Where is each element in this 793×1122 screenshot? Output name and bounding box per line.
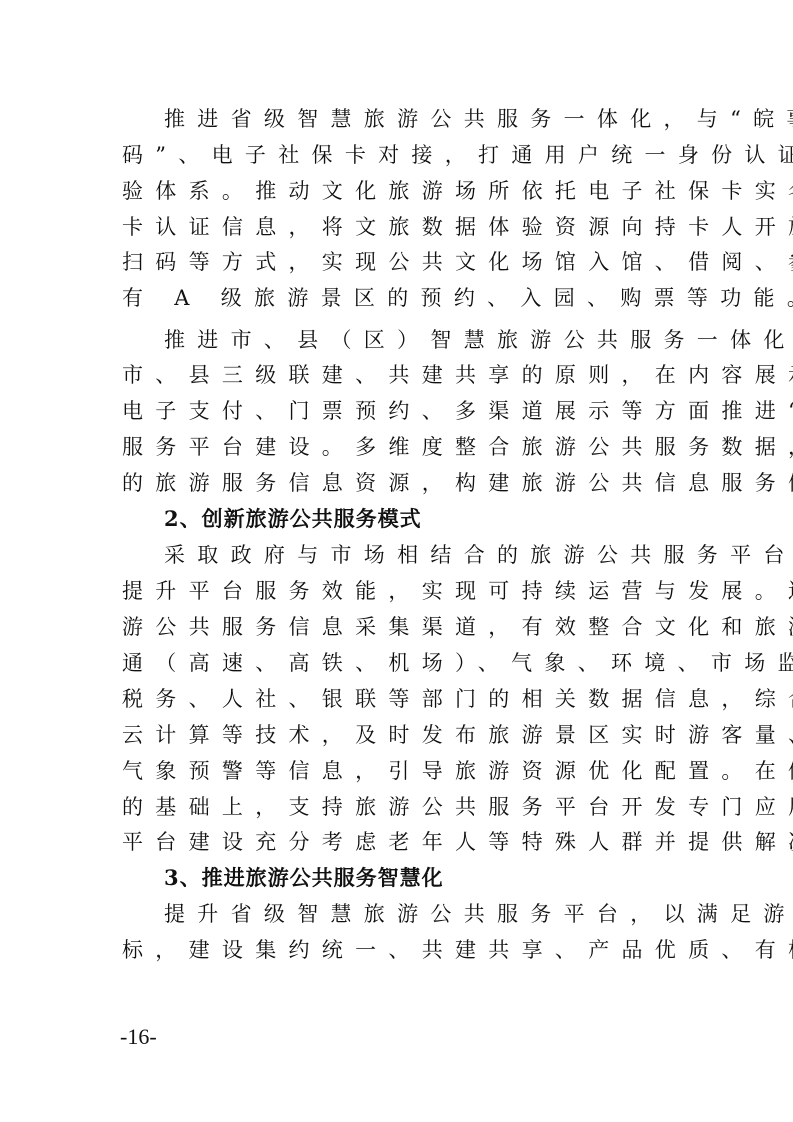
- paragraph-3-line-8: 的基础上，支持旅游公共服务平台开发专门应用程序和界面，: [122, 789, 682, 825]
- paragraph-2-line-1: 推进市、县（区）智慧旅游公共服务一体化，按照省、: [164, 322, 724, 358]
- paragraph-4-line-2: 标，建设集约统一、共建共享、产品优质、有机协同、服务: [122, 932, 682, 968]
- paragraph-1-line-3: 验体系。推动文化旅游场所依托电子社保卡实名、实人、实: [122, 173, 682, 209]
- document-page: 推进省级智慧旅游公共服务一体化，与“皖事通”、“安康 码”、电子社保卡对接，打通…: [0, 0, 793, 1122]
- paragraph-2-line-2: 市、县三级联建、共建共享的原则，在内容展示、商务预订、: [122, 357, 682, 393]
- paragraph-1-line-1: 推进省级智慧旅游公共服务一体化，与“皖事通”、“安康: [164, 101, 724, 137]
- paragraph-3-line-9: 平台建设充分考虑老年人等特殊人群并提供解决方案。: [122, 824, 682, 860]
- paragraph-3-line-7: 气象预警等信息，引导旅游资源优化配置。在保留线下服务: [122, 753, 682, 789]
- section-heading-3: 3、推进旅游公共服务智慧化: [164, 860, 724, 896]
- paragraph-1-line-2: 码”、电子社保卡对接，打通用户统一身份认证体系与健康核: [122, 137, 682, 173]
- paragraph-2-line-3: 电子支付、门票预约、多渠道展示等方面推进“游安徽”公共: [122, 393, 682, 429]
- paragraph-2-line-4: 服务平台建设。多维度整合旅游公共服务数据，形成一体化: [122, 429, 682, 465]
- paragraph-3-line-3: 游公共服务信息采集渠道，有效整合文化和旅游、公安、交: [122, 609, 682, 645]
- section-heading-2: 2、创新旅游公共服务模式: [164, 501, 724, 537]
- paragraph-1-line-4: 卡认证信息，将文旅数据体验资源向持卡人开放。通过读卡、: [122, 209, 682, 245]
- paragraph-1-line-5: 扫码等方式，实现公共文化场馆入馆、借阅、参观功能和国: [122, 244, 682, 280]
- paragraph-3-line-1: 采取政府与市场相结合的旅游公共服务平台运营模式，: [164, 537, 724, 573]
- paragraph-3-line-4: 通（高速、高铁、机场）、气象、环境、市场监管、征信、: [122, 645, 682, 681]
- paragraph-3-line-2: 提升平台服务效能，实现可持续运营与发展。进一步拓宽旅: [122, 573, 682, 609]
- paragraph-1-line-6: 有 A 级旅游景区的预约、入园、购票等功能。: [122, 280, 682, 316]
- paragraph-3-line-5: 税务、人社、银联等部门的相关数据信息，综合运用大数据、: [122, 681, 682, 717]
- paragraph-2-line-5: 的旅游服务信息资源，构建旅游公共信息服务体系。: [122, 465, 682, 501]
- paragraph-3-line-6: 云计算等技术，及时发布旅游景区实时游客量、道路出行、: [122, 717, 682, 753]
- page-number: -16-: [120, 1024, 157, 1050]
- paragraph-4-line-1: 提升省级智慧旅游公共服务平台，以满足游客需求为目: [164, 896, 724, 932]
